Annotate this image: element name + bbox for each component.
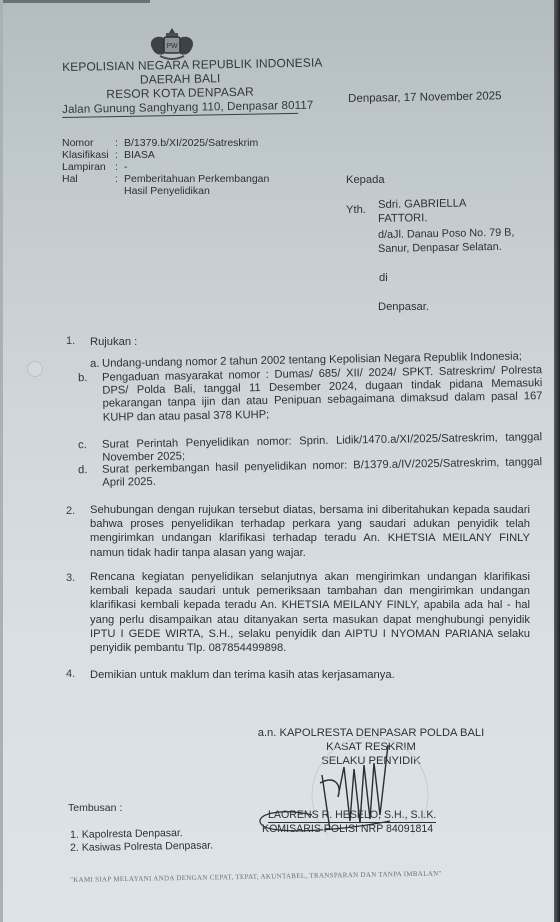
meta-label: Hal: [62, 173, 115, 185]
para-2-text: Sehubungan dengan rujukan tersebut diata…: [90, 503, 530, 560]
recipient-name-1: Sdri. GABRIELLA: [378, 196, 467, 212]
place-date: Denpasar, 17 November 2025: [348, 89, 502, 106]
meta-lampiran: -: [124, 161, 269, 173]
para-1-number: 1.: [66, 335, 75, 347]
punch-hole: [27, 361, 43, 377]
recipient-city: Denpasar.: [378, 300, 429, 314]
footer-motto: "KAMI SIAP MELAYANI ANDA DENGAN CEPAT, T…: [70, 870, 442, 884]
signatory-rank: KOMISARIS POLISI NRP 84091814: [262, 822, 433, 836]
svg-text:PW: PW: [166, 43, 178, 50]
meta-label: Klasifikasi: [62, 149, 115, 161]
meta-sep: :: [115, 149, 124, 161]
meta-sep: :: [115, 173, 124, 185]
para-3-text: Rencana kegiatan penyelidikan selanjutny…: [90, 570, 530, 655]
meta-klasifikasi: BIASA: [124, 149, 269, 161]
photo-top-shadow: [0, 0, 150, 3]
recipient-address-2: Sanur, Denpasar Selatan.: [378, 240, 502, 256]
para-3-number: 3.: [66, 572, 75, 584]
tembusan-item: 2. Kasiwas Polresta Denpasar.: [70, 839, 213, 855]
recipient-name-2: FATTORI.: [378, 211, 428, 226]
letter-meta: Nomor:B/1379.b/XI/2025/Satreskrim Klasif…: [62, 137, 269, 197]
paper-right-edge: [554, 0, 560, 922]
para-2-number: 2.: [66, 505, 75, 517]
meta-hal-cont: Hasil Penyelidikan: [124, 185, 269, 197]
item-label: c.: [90, 439, 102, 452]
para-1-title: Rujukan :: [90, 335, 137, 349]
yth-label: Yth.: [346, 203, 366, 217]
meta-sep: :: [115, 137, 124, 149]
para-4-number: 4.: [66, 668, 75, 680]
meta-hal: Pemberitahuan Perkembangan: [124, 173, 269, 185]
item-label: d.: [90, 464, 102, 477]
meta-sep: [115, 185, 124, 197]
meta-label: [62, 185, 115, 197]
meta-label: Nomor: [62, 137, 115, 149]
para-4-text: Demikian untuk maklum dan terima kasih a…: [90, 668, 395, 682]
signatory-name: LAORENS R. HESELO, S.H., S.I.K.: [268, 808, 436, 823]
tembusan-title: Tembusan :: [68, 801, 122, 815]
polri-emblem-icon: PW: [146, 26, 198, 62]
meta-label: Lampiran: [62, 161, 115, 173]
item-text: Pengaduan masyarakat nomor : Dumas/ 685/…: [102, 364, 543, 423]
item-label: a.: [90, 358, 102, 371]
paper-left-edge: [0, 0, 3, 922]
di-label: di: [379, 271, 388, 285]
letterhead-address: Jalan Gunung Sanghyang 110, Denpasar 801…: [62, 99, 298, 118]
meta-sep: :: [115, 161, 124, 173]
kepada-label: Kepada: [346, 173, 385, 187]
meta-nomor: B/1379.b/XI/2025/Satreskrim: [124, 137, 269, 149]
rujukan-item-b: b.Pengaduan masyarakat nomor : Dumas/ 68…: [90, 364, 543, 425]
item-label: b.: [90, 372, 102, 385]
